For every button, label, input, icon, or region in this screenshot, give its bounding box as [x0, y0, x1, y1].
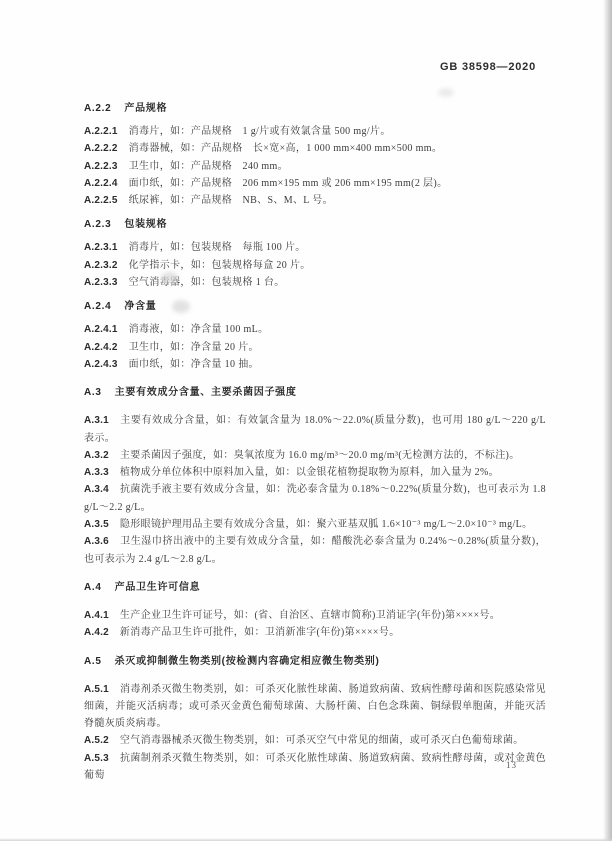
clause-text: 消毒剂杀灭微生物类别，如：可杀灭化脓性球菌、肠道致病菌、致病性酵母菌和医院感染常… — [84, 684, 546, 730]
section-a-2-3: A.2.3包装规格 A.2.3.1消毒片，如：包装规格 每瓶 100 片。 A.… — [84, 216, 546, 291]
clause-id: A.2.4.3 — [84, 359, 118, 370]
clause: A.3.1主要有效成分含量，如：有效氯含量为 18.0%～22.0%(质量分数)… — [84, 412, 546, 447]
clause: A.2.2.2消毒器械，如：产品规格 长×宽×高，1 000 mm×400 mm… — [84, 140, 546, 157]
section-title: 产品规格 — [124, 103, 167, 114]
clause-id: A.3.4 — [84, 484, 109, 495]
document-page: GB 38598—2020 A.2.2产品规格 A.2.2.1消毒片，如：产品规… — [0, 0, 612, 841]
clause-text: 面巾纸，如：净含量 10 抽。 — [129, 359, 259, 370]
clause: A.3.3植物成分单位体积中原料加入量，如：以金银花植物提取物为原料，加入量为 … — [84, 464, 546, 481]
section-a-2-2: A.2.2产品规格 A.2.2.1消毒片，如：产品规格 1 g/片或有效氯含量 … — [84, 100, 546, 209]
section-heading: A.2.3包装规格 — [84, 216, 546, 233]
clause-text: 新消毒产品卫生许可批件，如：卫消新准字(年份)第××××号。 — [120, 627, 400, 638]
clause-text: 主要有效成分含量，如：有效氯含量为 18.0%～22.0%(质量分数)，也可用 … — [84, 415, 546, 443]
clause: A.2.2.3卫生巾，如：产品规格 240 mm。 — [84, 158, 546, 175]
clause: A.5.3抗菌制剂杀灭微生物类别，如：可杀灭化脓性球菌、肠道致病菌、致病性酵母菌… — [84, 750, 546, 785]
clause-text: 卫生湿巾挤出液中的主要有效成分含量，如：醋酸洗必泰含量为 0.24%～0.28%… — [84, 536, 546, 564]
section-a-4: A.4产品卫生许可信息 A.4.1生产企业卫生许可证号，如：(省、自治区、直辖市… — [84, 579, 546, 642]
clause-id: A.2.2.4 — [84, 178, 118, 189]
clause-id: A.2.4.2 — [84, 342, 118, 353]
clause-text: 空气消毒器械杀灭微生物类别，如：可杀灭空气中常见的细菌，或可杀灭白色葡萄球菌。 — [120, 735, 524, 746]
clause: A.3.5隐形眼镜护理用品主要有效成分含量，如：聚六亚基双胍 1.6×10⁻³ … — [84, 516, 546, 533]
clause: A.3.4抗菌洗手液主要有效成分含量，如：洗必泰含量为 0.18%～0.22%(… — [84, 481, 546, 516]
scan-artifact — [161, 272, 178, 283]
clause-id: A.4.1 — [84, 610, 109, 621]
clause-text: 植物成分单位体积中原料加入量，如：以金银花植物提取物为原料，加入量为 2%。 — [120, 467, 499, 478]
clause: A.4.1生产企业卫生许可证号，如：(省、自治区、直辖市简称)卫消证字(年份)第… — [84, 607, 546, 624]
clause-id: A.2.3.1 — [84, 242, 118, 253]
clause-text: 抗菌制剂杀灭微生物类别，如：可杀灭化脓性球菌、肠道致病菌、致病性酵母菌，或对金黄… — [84, 753, 546, 781]
page-number: 13 — [506, 760, 517, 770]
clause-text: 纸尿裤，如：产品规格 NB、S、M、L 号。 — [129, 195, 333, 206]
section-a-2-4: A.2.4净含量 A.2.4.1消毒液，如：净含量 100 mL。 A.2.4.… — [84, 298, 546, 373]
clause: A.5.2空气消毒器械杀灭微生物类别，如：可杀灭空气中常见的细菌，或可杀灭白色葡… — [84, 732, 546, 749]
clause-text: 消毒片，如：包装规格 每瓶 100 片。 — [129, 242, 306, 253]
section-title: 包装规格 — [124, 219, 167, 230]
section-id: A.2.4 — [84, 301, 111, 312]
clause: A.2.3.2化学指示卡，如：包装规格每盒 20 片。 — [84, 257, 546, 274]
clause-id: A.2.2.2 — [84, 143, 118, 154]
clause-id: A.2.3.2 — [84, 260, 118, 271]
section-id: A.2.3 — [84, 219, 111, 230]
section-id: A.4 — [84, 582, 102, 593]
clause-text: 卫生巾，如：产品规格 240 mm。 — [129, 161, 288, 172]
clause-id: A.3.2 — [84, 450, 109, 461]
clause-id: A.3.3 — [84, 467, 109, 478]
clause-id: A.3.5 — [84, 519, 109, 530]
clause-text: 主要杀菌因子强度，如：臭氧浓度为 16.0 mg/m³～20.0 mg/m³(无… — [120, 450, 520, 461]
clause: A.5.1消毒剂杀灭微生物类别，如：可杀灭化脓性球菌、肠道致病菌、致病性酵母菌和… — [84, 681, 546, 733]
clause-text: 卫生巾，如：净含量 20 片。 — [129, 342, 259, 353]
clause-text: 化学指示卡，如：包装规格每盒 20 片。 — [129, 260, 311, 271]
section-title: 主要有效成分含量、主要杀菌因子强度 — [115, 387, 297, 398]
clause: A.3.2主要杀菌因子强度，如：臭氧浓度为 16.0 mg/m³～20.0 mg… — [84, 447, 546, 464]
clause: A.3.6卫生湿巾挤出液中的主要有效成分含量，如：醋酸洗必泰含量为 0.24%～… — [84, 533, 546, 568]
clause-id: A.3.6 — [84, 536, 109, 547]
clause-text: 抗菌洗手液主要有效成分含量，如：洗必泰含量为 0.18%～0.22%(质量分数)… — [84, 484, 546, 512]
section-id: A.3 — [84, 387, 102, 398]
section-id: A.2.2 — [84, 103, 111, 114]
section-heading: A.4产品卫生许可信息 — [84, 579, 546, 596]
clause-id: A.5.3 — [84, 753, 109, 764]
section-id: A.5 — [84, 656, 102, 667]
clause-id: A.5.2 — [84, 735, 109, 746]
section-heading: A.5杀灭或抑制微生物类别(按检测内容确定相应微生物类别) — [84, 653, 546, 670]
clause-id: A.4.2 — [84, 627, 109, 638]
scan-artifact — [172, 300, 190, 313]
scan-edge-shadow — [603, 0, 612, 841]
section-heading: A.2.4净含量 — [84, 298, 546, 315]
clause: A.2.3.1消毒片，如：包装规格 每瓶 100 片。 — [84, 239, 546, 256]
section-title: 杀灭或抑制微生物类别(按检测内容确定相应微生物类别) — [115, 656, 380, 667]
section-a-5: A.5杀灭或抑制微生物类别(按检测内容确定相应微生物类别) A.5.1消毒剂杀灭… — [84, 653, 546, 785]
section-heading: A.2.2产品规格 — [84, 100, 546, 117]
clause: A.2.2.1消毒片，如：产品规格 1 g/片或有效氯含量 500 mg/片。 — [84, 123, 546, 140]
clause: A.2.3.3空气消毒器，如：包装规格 1 台。 — [84, 274, 546, 291]
clause-id: A.2.2.1 — [84, 126, 118, 137]
section-heading: A.3主要有效成分含量、主要杀菌因子强度 — [84, 384, 546, 401]
section-a-3: A.3主要有效成分含量、主要杀菌因子强度 A.3.1主要有效成分含量，如：有效氯… — [84, 384, 546, 568]
clause-id: A.2.4.1 — [84, 324, 118, 335]
clause: A.4.2新消毒产品卫生许可批件，如：卫消新准字(年份)第××××号。 — [84, 624, 546, 641]
clause: A.2.2.5纸尿裤，如：产品规格 NB、S、M、L 号。 — [84, 192, 546, 209]
clause-text: 消毒液，如：净含量 100 mL。 — [129, 324, 269, 335]
clause-id: A.2.2.5 — [84, 195, 118, 206]
clause-text: 消毒片，如：产品规格 1 g/片或有效氯含量 500 mg/片。 — [129, 126, 391, 137]
clause-text: 隐形眼镜护理用品主要有效成分含量，如：聚六亚基双胍 1.6×10⁻³ mg/L～… — [120, 519, 533, 530]
standard-number: GB 38598—2020 — [440, 61, 536, 73]
section-title: 净含量 — [124, 301, 156, 312]
clause-text: 空气消毒器，如：包装规格 1 台。 — [129, 277, 285, 288]
clause-id: A.2.3.3 — [84, 277, 118, 288]
clause: A.2.2.4面巾纸，如：产品规格 206 mm×195 mm 或 206 mm… — [84, 175, 546, 192]
clause-text: 生产企业卫生许可证号，如：(省、自治区、直辖市简称)卫消证字(年份)第××××号… — [120, 610, 500, 621]
clause-id: A.5.1 — [84, 684, 109, 695]
section-title: 产品卫生许可信息 — [115, 582, 201, 593]
clause-id: A.3.1 — [84, 415, 109, 426]
clause: A.2.4.3面巾纸，如：净含量 10 抽。 — [84, 356, 546, 373]
document-content: A.2.2产品规格 A.2.2.1消毒片，如：产品规格 1 g/片或有效氯含量 … — [84, 100, 546, 784]
clause: A.2.4.2卫生巾，如：净含量 20 片。 — [84, 339, 546, 356]
clause-id: A.2.2.3 — [84, 161, 118, 172]
clause: A.2.4.1消毒液，如：净含量 100 mL。 — [84, 321, 546, 338]
clause-text: 消毒器械，如：产品规格 长×宽×高，1 000 mm×400 mm×500 mm… — [129, 143, 443, 154]
scan-artifact — [438, 88, 454, 97]
clause-text: 面巾纸，如：产品规格 206 mm×195 mm 或 206 mm×195 mm… — [129, 178, 448, 189]
